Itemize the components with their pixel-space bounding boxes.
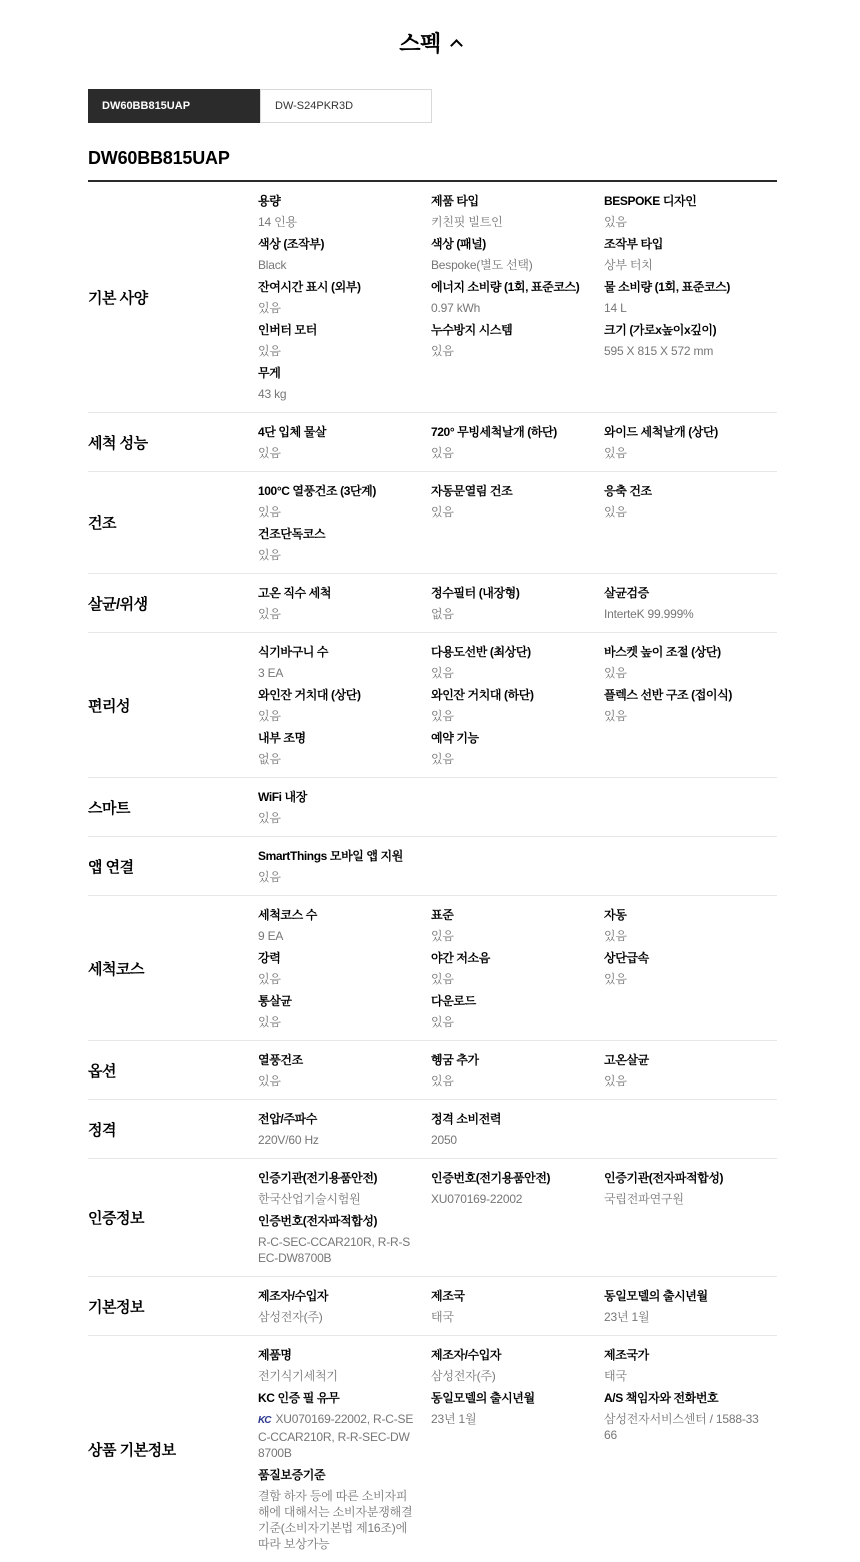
spec-row: 와인잔 거치대 (상단)있음와인잔 거치대 (하단)있음플렉스 선반 구조 (접…	[258, 688, 777, 731]
spec-value: Black	[258, 257, 415, 273]
spec-label: 다용도선반 (최상단)	[431, 645, 588, 660]
spec-section-title: 상품 기본정보	[88, 1348, 258, 1559]
spec-section-title: 살균/위생	[88, 586, 258, 629]
spec-label: A/S 책임자와 전화번호	[604, 1391, 761, 1406]
spec-label: 제조국가	[604, 1348, 761, 1363]
spec-value: 2050	[431, 1132, 588, 1148]
spec-cell: 와인잔 거치대 (상단)있음	[258, 688, 431, 724]
spec-section-title: 세척 성능	[88, 425, 258, 468]
spec-label: 인증기관(전자파적합성)	[604, 1171, 761, 1186]
spec-cell: 에너지 소비량 (1회, 표준코스)0.97 kWh	[431, 280, 604, 316]
spec-cell: 제조국태국	[431, 1289, 604, 1325]
spec-section-title: 세척코스	[88, 908, 258, 1037]
spec-section: 인증정보인증기관(전기용품안전)한국산업기술시험원인증번호(전기용품안전)XU0…	[88, 1159, 777, 1277]
spec-cell: 식기바구니 수3 EA	[258, 645, 431, 681]
spec-label: 통살균	[258, 994, 415, 1009]
spec-row: 식기바구니 수3 EA다용도선반 (최상단)있음바스켓 높이 조절 (상단)있음	[258, 645, 777, 688]
spec-value: 43 kg	[258, 386, 415, 402]
spec-cell: 다용도선반 (최상단)있음	[431, 645, 604, 681]
spec-row: 4단 입체 물살있음720° 무빙세척날개 (하단)있음와이드 세척날개 (상단…	[258, 425, 777, 468]
spec-value: KCXU070169-22002, R-C-SEC-CCAR210R, R-R-…	[258, 1411, 415, 1461]
spec-cell: 자동문열림 건조있음	[431, 484, 604, 520]
spec-value: 전기식기세척기	[258, 1368, 415, 1384]
spec-cell: 제품명전기식기세척기	[258, 1348, 431, 1384]
spec-section: 편리성식기바구니 수3 EA다용도선반 (최상단)있음바스켓 높이 조절 (상단…	[88, 633, 777, 778]
spec-value: 있음	[258, 547, 415, 563]
spec-row: 내부 조명없음예약 기능있음	[258, 731, 777, 774]
spec-label: 전압/주파수	[258, 1112, 415, 1127]
spec-section-title: 기본정보	[88, 1289, 258, 1332]
spec-label: 와이드 세척날개 (상단)	[604, 425, 761, 440]
spec-cell: 제조자/수입자삼성전자(주)	[431, 1348, 604, 1384]
spec-cell: 바스켓 높이 조절 (상단)있음	[604, 645, 777, 681]
spec-cell: BESPOKE 디자인있음	[604, 194, 777, 230]
spec-value: 220V/60 Hz	[258, 1132, 415, 1148]
spec-cell: 야간 저소음있음	[431, 951, 604, 987]
spec-cell: 인증번호(전기용품안전)XU070169-22002	[431, 1171, 604, 1207]
spec-value: 있음	[604, 971, 761, 987]
spec-value: 있음	[258, 971, 415, 987]
spec-value: 있음	[258, 708, 415, 724]
spec-value: 있음	[258, 504, 415, 520]
spec-section-title: 건조	[88, 484, 258, 570]
spec-value: 키친핏 빌트인	[431, 214, 588, 230]
spec-row: 100°C 열풍건조 (3단계)있음자동문열림 건조있음응축 건조있음	[258, 484, 777, 527]
spec-section: 스마트WiFi 내장있음	[88, 778, 777, 837]
spec-cell: 품질보증기준결함 하자 등에 따른 소비자피해에 대해서는 소비자분쟁해결기준(…	[258, 1468, 431, 1552]
spec-value: 태국	[604, 1368, 761, 1384]
spec-label: 인증기관(전기용품안전)	[258, 1171, 415, 1186]
spec-value: 있음	[258, 810, 415, 826]
spec-value: 없음	[431, 606, 588, 622]
spec-value: 있음	[431, 708, 588, 724]
spec-label: 제품명	[258, 1348, 415, 1363]
spec-row: 강력있음야간 저소음있음상단급속있음	[258, 951, 777, 994]
spec-section-rows: 열풍건조있음헹굼 추가있음고온살균있음	[258, 1053, 777, 1096]
spec-value: 국립전파연구원	[604, 1191, 761, 1207]
spec-value: Bespoke(별도 선택)	[431, 257, 588, 273]
spec-section-title: 옵션	[88, 1053, 258, 1096]
spec-cell: 무게43 kg	[258, 366, 431, 402]
spec-row: 고온 직수 세척있음정수필터 (내장형)없음살균검증InterteK 99.99…	[258, 586, 777, 629]
spec-label: SmartThings 모바일 앱 지원	[258, 849, 415, 864]
spec-cell: 다운로드있음	[431, 994, 604, 1030]
spec-label: 크기 (가로x높이x깊이)	[604, 323, 761, 338]
spec-label: 물 소비량 (1회, 표준코스)	[604, 280, 761, 295]
spec-value: 있음	[431, 343, 588, 359]
spec-value: 14 L	[604, 300, 761, 316]
spec-section-rows: 100°C 열풍건조 (3단계)있음자동문열림 건조있음응축 건조있음건조단독코…	[258, 484, 777, 570]
spec-section: 건조100°C 열풍건조 (3단계)있음자동문열림 건조있음응축 건조있음건조단…	[88, 472, 777, 574]
spec-label: 야간 저소음	[431, 951, 588, 966]
spec-section: 기본정보제조자/수입자삼성전자(주)제조국태국동일모델의 출시년월23년 1월	[88, 1277, 777, 1336]
spec-cell: 4단 입체 물살있음	[258, 425, 431, 461]
spec-label: 에너지 소비량 (1회, 표준코스)	[431, 280, 588, 295]
spec-section: 세척 성능4단 입체 물살있음720° 무빙세척날개 (하단)있음와이드 세척날…	[88, 413, 777, 472]
spec-value: 있음	[431, 504, 588, 520]
spec-value: 23년 1월	[431, 1411, 588, 1427]
spec-label: 720° 무빙세척날개 (하단)	[431, 425, 588, 440]
spec-row: 인증번호(전자파적합성)R-C-SEC-CCAR210R, R-R-SEC-DW…	[258, 1214, 777, 1273]
spec-section-rows: WiFi 내장있음	[258, 790, 777, 833]
spec-value: 삼성전자(주)	[431, 1368, 588, 1384]
spec-label: 표준	[431, 908, 588, 923]
spec-label: 와인잔 거치대 (하단)	[431, 688, 588, 703]
spec-label: 무게	[258, 366, 415, 381]
spec-value: 14 인용	[258, 214, 415, 230]
spec-label: 조작부 타입	[604, 237, 761, 252]
spec-section-rows: 제조자/수입자삼성전자(주)제조국태국동일모델의 출시년월23년 1월	[258, 1289, 777, 1332]
spec-value: 있음	[431, 1073, 588, 1089]
spec-label: 인증번호(전자파적합성)	[258, 1214, 415, 1229]
spec-cell: 제조자/수입자삼성전자(주)	[258, 1289, 431, 1325]
spec-cell: 와이드 세척날개 (상단)있음	[604, 425, 777, 461]
model-title: DW60BB815UAP	[88, 148, 777, 169]
spec-value: 있음	[258, 1014, 415, 1030]
spec-label: 품질보증기준	[258, 1468, 415, 1483]
spec-value: 있음	[604, 445, 761, 461]
spec-label: 100°C 열풍건조 (3단계)	[258, 484, 415, 499]
spec-label: 누수방지 시스템	[431, 323, 588, 338]
spec-cell: 예약 기능있음	[431, 731, 604, 767]
spec-label: 고온 직수 세척	[258, 586, 415, 601]
spec-value: XU070169-22002	[431, 1191, 588, 1207]
spec-cell: 상단급속있음	[604, 951, 777, 987]
spec-cell: 정격 소비전력2050	[431, 1112, 604, 1148]
spec-value: 있음	[431, 928, 588, 944]
spec-section-rows: 식기바구니 수3 EA다용도선반 (최상단)있음바스켓 높이 조절 (상단)있음…	[258, 645, 777, 774]
spec-section-rows: 고온 직수 세척있음정수필터 (내장형)없음살균검증InterteK 99.99…	[258, 586, 777, 629]
spec-label: 4단 입체 물살	[258, 425, 415, 440]
spec-row: 무게43 kg	[258, 366, 777, 409]
spec-value: 있음	[431, 445, 588, 461]
spec-cell: 색상 (패널)Bespoke(별도 선택)	[431, 237, 604, 273]
spec-value: 있음	[258, 1073, 415, 1089]
spec-row: SmartThings 모바일 앱 지원있음	[258, 849, 777, 892]
model-tabs: DW60BB815UAP DW-S24PKR3D	[88, 89, 777, 123]
spec-cell: 정수필터 (내장형)없음	[431, 586, 604, 622]
spec-row: 색상 (조작부)Black색상 (패널)Bespoke(별도 선택)조작부 타입…	[258, 237, 777, 280]
spec-cell: 제조국가태국	[604, 1348, 777, 1384]
spec-section-title: 정격	[88, 1112, 258, 1155]
spec-cell: 인버터 모터있음	[258, 323, 431, 359]
spec-accordion-header[interactable]: 스펙	[0, 0, 860, 58]
spec-row: 통살균있음다운로드있음	[258, 994, 777, 1037]
spec-value: 있음	[431, 1014, 588, 1030]
chevron-up-icon	[450, 39, 463, 52]
spec-label: 세척코스 수	[258, 908, 415, 923]
spec-value: 있음	[431, 751, 588, 767]
spec-cell: 열풍건조있음	[258, 1053, 431, 1089]
spec-value: 있음	[604, 928, 761, 944]
spec-cell: 제품 타입키친핏 빌트인	[431, 194, 604, 230]
spec-value: 595 X 815 X 572 mm	[604, 343, 761, 359]
spec-cell: 살균검증InterteK 99.999%	[604, 586, 777, 622]
spec-row: 인버터 모터있음누수방지 시스템있음크기 (가로x높이x깊이)595 X 815…	[258, 323, 777, 366]
spec-label: 강력	[258, 951, 415, 966]
spec-cell: SmartThings 모바일 앱 지원있음	[258, 849, 431, 885]
spec-value: 있음	[604, 708, 761, 724]
spec-cell: 고온살균있음	[604, 1053, 777, 1089]
spec-cell: KC 인증 필 유무KCXU070169-22002, R-C-SEC-CCAR…	[258, 1391, 431, 1461]
spec-label: 색상 (조작부)	[258, 237, 415, 252]
spec-label: 동일모델의 출시년월	[431, 1391, 588, 1406]
spec-label: 다운로드	[431, 994, 588, 1009]
spec-value: InterteK 99.999%	[604, 606, 761, 622]
spec-row: 제품명전기식기세척기제조자/수입자삼성전자(주)제조국가태국	[258, 1348, 777, 1391]
spec-section: 살균/위생고온 직수 세척있음정수필터 (내장형)없음살균검증InterteK …	[88, 574, 777, 633]
spec-row: 건조단독코스있음	[258, 527, 777, 570]
spec-cell: 100°C 열풍건조 (3단계)있음	[258, 484, 431, 520]
spec-label: 열풍건조	[258, 1053, 415, 1068]
spec-cell: 인증기관(전기용품안전)한국산업기술시험원	[258, 1171, 431, 1207]
spec-label: 헹굼 추가	[431, 1053, 588, 1068]
spec-section-title: 기본 사양	[88, 194, 258, 409]
spec-label: 제조국	[431, 1289, 588, 1304]
spec-row: 세척코스 수9 EA표준있음자동있음	[258, 908, 777, 951]
spec-row: KC 인증 필 유무KCXU070169-22002, R-C-SEC-CCAR…	[258, 1391, 777, 1468]
spec-label: 플렉스 선반 구조 (접이식)	[604, 688, 761, 703]
spec-cell: 동일모델의 출시년월23년 1월	[431, 1391, 604, 1461]
spec-value: 0.97 kWh	[431, 300, 588, 316]
spec-cell: 와인잔 거치대 (하단)있음	[431, 688, 604, 724]
spec-value: 상부 터치	[604, 257, 761, 273]
tab-dw-s24pkr3d[interactable]: DW-S24PKR3D	[260, 89, 432, 123]
spec-label: 예약 기능	[431, 731, 588, 746]
spec-cell: 크기 (가로x높이x깊이)595 X 815 X 572 mm	[604, 323, 777, 359]
spec-table: 기본 사양용량14 인용제품 타입키친핏 빌트인BESPOKE 디자인있음색상 …	[88, 180, 777, 1562]
spec-cell: 표준있음	[431, 908, 604, 944]
spec-section-rows: 세척코스 수9 EA표준있음자동있음강력있음야간 저소음있음상단급속있음통살균있…	[258, 908, 777, 1037]
spec-cell: 용량14 인용	[258, 194, 431, 230]
spec-row: 전압/주파수220V/60 Hz정격 소비전력2050	[258, 1112, 777, 1155]
spec-label: 고온살균	[604, 1053, 761, 1068]
spec-value: 있음	[431, 971, 588, 987]
spec-cell: 내부 조명없음	[258, 731, 431, 767]
spec-value: 삼성전자(주)	[258, 1309, 415, 1325]
spec-cell: 건조단독코스있음	[258, 527, 431, 563]
spec-section: 세척코스세척코스 수9 EA표준있음자동있음강력있음야간 저소음있음상단급속있음…	[88, 896, 777, 1041]
spec-label: 자동문열림 건조	[431, 484, 588, 499]
spec-label: 상단급속	[604, 951, 761, 966]
spec-cell: 전압/주파수220V/60 Hz	[258, 1112, 431, 1148]
spec-section-rows: 용량14 인용제품 타입키친핏 빌트인BESPOKE 디자인있음색상 (조작부)…	[258, 194, 777, 409]
spec-section: 앱 연결SmartThings 모바일 앱 지원있음	[88, 837, 777, 896]
spec-cell: 고온 직수 세척있음	[258, 586, 431, 622]
spec-row: WiFi 내장있음	[258, 790, 777, 833]
spec-section-rows: 전압/주파수220V/60 Hz정격 소비전력2050	[258, 1112, 777, 1155]
spec-cell: 물 소비량 (1회, 표준코스)14 L	[604, 280, 777, 316]
spec-cell: 통살균있음	[258, 994, 431, 1030]
spec-cell: 헹굼 추가있음	[431, 1053, 604, 1089]
spec-label: 정격 소비전력	[431, 1112, 588, 1127]
spec-cell: 색상 (조작부)Black	[258, 237, 431, 273]
spec-row: 용량14 인용제품 타입키친핏 빌트인BESPOKE 디자인있음	[258, 194, 777, 237]
spec-value: 삼성전자서비스센터 / 1588-3366	[604, 1411, 761, 1443]
spec-value: 있음	[258, 445, 415, 461]
spec-label: 살균검증	[604, 586, 761, 601]
spec-label: 정수필터 (내장형)	[431, 586, 588, 601]
spec-cell: 동일모델의 출시년월23년 1월	[604, 1289, 777, 1325]
spec-section: 정격전압/주파수220V/60 Hz정격 소비전력2050	[88, 1100, 777, 1159]
spec-value: 결함 하자 등에 따른 소비자피해에 대해서는 소비자분쟁해결기준(소비자기본법…	[258, 1488, 415, 1552]
spec-value: 있음	[604, 1073, 761, 1089]
spec-label: 색상 (패널)	[431, 237, 588, 252]
spec-value: R-C-SEC-CCAR210R, R-R-SEC-DW8700B	[258, 1234, 415, 1266]
spec-cell: A/S 책임자와 전화번호삼성전자서비스센터 / 1588-3366	[604, 1391, 777, 1461]
spec-label: 응축 건조	[604, 484, 761, 499]
spec-section-rows: 인증기관(전기용품안전)한국산업기술시험원인증번호(전기용품안전)XU07016…	[258, 1171, 777, 1273]
spec-section-rows: 4단 입체 물살있음720° 무빙세척날개 (하단)있음와이드 세척날개 (상단…	[258, 425, 777, 468]
spec-cell: 인증번호(전자파적합성)R-C-SEC-CCAR210R, R-R-SEC-DW…	[258, 1214, 431, 1266]
spec-label: 동일모델의 출시년월	[604, 1289, 761, 1304]
kc-mark-icon: KC	[258, 1413, 270, 1429]
spec-value: 있음	[258, 606, 415, 622]
spec-label: KC 인증 필 유무	[258, 1391, 415, 1406]
spec-cell: 조작부 타입상부 터치	[604, 237, 777, 273]
spec-label: 인증번호(전기용품안전)	[431, 1171, 588, 1186]
spec-section-rows: SmartThings 모바일 앱 지원있음	[258, 849, 777, 892]
spec-value: 있음	[604, 665, 761, 681]
spec-cell: 자동있음	[604, 908, 777, 944]
spec-value: 3 EA	[258, 665, 415, 681]
spec-label: 제조자/수입자	[258, 1289, 415, 1304]
spec-label: WiFi 내장	[258, 790, 415, 805]
spec-value: 있음	[604, 504, 761, 520]
spec-value: 9 EA	[258, 928, 415, 944]
spec-cell: 잔여시간 표시 (외부)있음	[258, 280, 431, 316]
spec-section: 상품 기본정보제품명전기식기세척기제조자/수입자삼성전자(주)제조국가태국KC …	[88, 1336, 777, 1562]
spec-cell: 강력있음	[258, 951, 431, 987]
spec-section: 기본 사양용량14 인용제품 타입키친핏 빌트인BESPOKE 디자인있음색상 …	[88, 182, 777, 413]
spec-value: 있음	[604, 214, 761, 230]
spec-section-rows: 제품명전기식기세척기제조자/수입자삼성전자(주)제조국가태국KC 인증 필 유무…	[258, 1348, 777, 1559]
spec-section-title: 인증정보	[88, 1171, 258, 1273]
spec-cell: 플렉스 선반 구조 (접이식)있음	[604, 688, 777, 724]
spec-section-title: 앱 연결	[88, 849, 258, 892]
spec-cell: 인증기관(전자파적합성)국립전파연구원	[604, 1171, 777, 1207]
spec-value: 있음	[258, 869, 415, 885]
spec-cell: 세척코스 수9 EA	[258, 908, 431, 944]
spec-row: 열풍건조있음헹굼 추가있음고온살균있음	[258, 1053, 777, 1096]
spec-label: 와인잔 거치대 (상단)	[258, 688, 415, 703]
tab-dw60bb815uap[interactable]: DW60BB815UAP	[88, 89, 260, 123]
spec-value: 있음	[431, 665, 588, 681]
spec-value: 없음	[258, 751, 415, 767]
spec-row: 제조자/수입자삼성전자(주)제조국태국동일모델의 출시년월23년 1월	[258, 1289, 777, 1332]
spec-cell: 응축 건조있음	[604, 484, 777, 520]
spec-label: 식기바구니 수	[258, 645, 415, 660]
spec-label: 용량	[258, 194, 415, 209]
spec-section-title: 스마트	[88, 790, 258, 833]
spec-value: 있음	[258, 300, 415, 316]
spec-row: 인증기관(전기용품안전)한국산업기술시험원인증번호(전기용품안전)XU07016…	[258, 1171, 777, 1214]
spec-label: 제조자/수입자	[431, 1348, 588, 1363]
spec-label: 인버터 모터	[258, 323, 415, 338]
spec-label: 자동	[604, 908, 761, 923]
spec-section: 옵션열풍건조있음헹굼 추가있음고온살균있음	[88, 1041, 777, 1100]
spec-label: 내부 조명	[258, 731, 415, 746]
spec-value: 있음	[258, 343, 415, 359]
spec-content: DW60BB815UAP DW-S24PKR3D DW60BB815UAP 기본…	[88, 89, 777, 1562]
spec-value: 태국	[431, 1309, 588, 1325]
spec-label: 잔여시간 표시 (외부)	[258, 280, 415, 295]
spec-row: 잔여시간 표시 (외부)있음에너지 소비량 (1회, 표준코스)0.97 kWh…	[258, 280, 777, 323]
spec-label: 건조단독코스	[258, 527, 415, 542]
spec-value: 23년 1월	[604, 1309, 761, 1325]
spec-cell: 누수방지 시스템있음	[431, 323, 604, 359]
spec-row: 품질보증기준결함 하자 등에 따른 소비자피해에 대해서는 소비자분쟁해결기준(…	[258, 1468, 777, 1559]
spec-label: 바스켓 높이 조절 (상단)	[604, 645, 761, 660]
spec-cell: 720° 무빙세척날개 (하단)있음	[431, 425, 604, 461]
spec-cell: WiFi 내장있음	[258, 790, 431, 826]
spec-section-title: 편리성	[88, 645, 258, 774]
spec-label: 제품 타입	[431, 194, 588, 209]
spec-value: 한국산업기술시험원	[258, 1191, 415, 1207]
page-title: 스펙	[399, 27, 441, 58]
spec-label: BESPOKE 디자인	[604, 194, 761, 209]
